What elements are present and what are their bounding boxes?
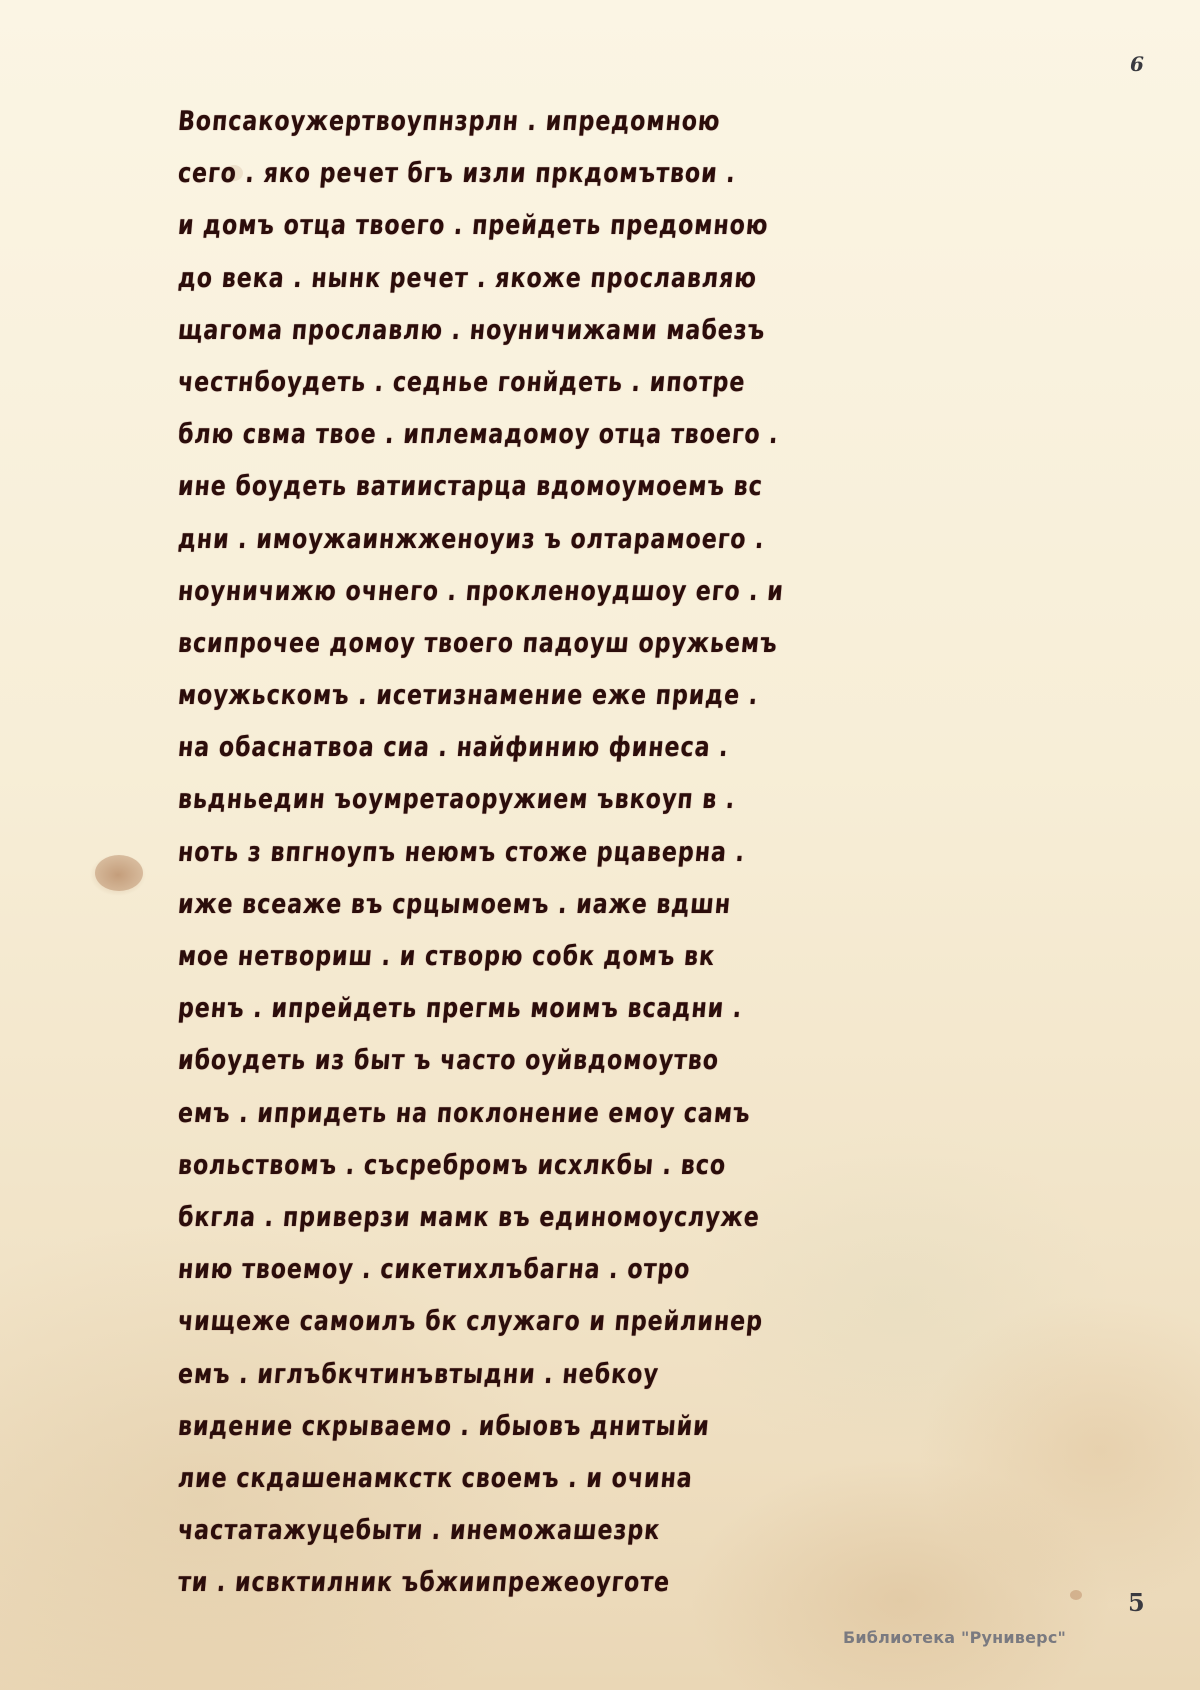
stain [95, 855, 143, 891]
stain [1070, 1590, 1082, 1600]
manuscript-line: до века . нынк речет . якоже прославляю [176, 253, 853, 305]
manuscript-line: ренъ . ипрейдеть прегмь моимъ всадни . [176, 983, 853, 1035]
manuscript-text-block: Вопсакоужертвоупнзрлн . ипредомною сего … [178, 96, 998, 1609]
library-watermark: Библиотека "Руниверс" [843, 1628, 1066, 1647]
manuscript-line: видение скрываемо . ибыовъ днитыйи [176, 1401, 853, 1453]
manuscript-line: иже всеаже въ срцымоемъ . иаже вдшн [176, 879, 853, 931]
manuscript-line: Вопсакоужертвоупнзрлн . ипредомною [176, 96, 853, 148]
manuscript-line: ноуничижю очнего . прокленоудшоу его . и [176, 566, 853, 618]
manuscript-line: всипрочее домоу твоего падоуш оружьемъ [176, 618, 853, 670]
manuscript-line: блю свма твое . иплемадомоу отца твоего … [176, 409, 853, 461]
manuscript-line: ти . исвктилник ъбжиипрежеоуготе [176, 1557, 853, 1609]
manuscript-line: ине боудеть ватиистарца вдомоумоемъ вс [176, 461, 853, 513]
page-number-bottom: 5 [1128, 1588, 1145, 1617]
manuscript-line: моужьскомъ . исетизнамение еже приде . [176, 670, 853, 722]
manuscript-line: частатажуцебыти . инеможашезрк [176, 1505, 853, 1557]
manuscript-line: ибоудеть из быт ъ часто оуйвдомоутво [176, 1035, 853, 1087]
manuscript-line: сего . яко речет бгъ изли пркдомътвои . [176, 148, 853, 200]
page-number-top: 6 [1130, 52, 1144, 76]
manuscript-line: емъ . иглъбкчтинъвтыдни . небкоу [176, 1349, 853, 1401]
manuscript-line: вьдньедин ъоумретаоружием ъвкоуп в . [176, 774, 853, 826]
manuscript-line: ноть з впгноупъ неюмъ стоже рцаверна . [176, 827, 853, 879]
manuscript-line: и домъ отца твоего . прейдеть предомною [176, 200, 853, 252]
manuscript-line: мое нетвориш . и створю собк домъ вк [176, 931, 853, 983]
manuscript-line: вольствомъ . съсребромъ исхлкбы . всо [176, 1140, 853, 1192]
manuscript-line: чищеже самоилъ бк служаго и прейлинер [176, 1296, 853, 1348]
manuscript-line: бкгла . приверзи мамк въ единомоуслуже [176, 1192, 853, 1244]
manuscript-line: емъ . ипридеть на поклонение емоу самъ [176, 1088, 853, 1140]
manuscript-line: на обаснатвоа сиа . найфинию финеса . [176, 722, 853, 774]
manuscript-line: лие скдашенамкстк своемъ . и очина [176, 1453, 853, 1505]
manuscript-line: дни . имоужаинжженоуиз ъ олтарамоего . [176, 514, 853, 566]
manuscript-line: честнбоудеть . седнье гонйдеть . ипотре [176, 357, 853, 409]
manuscript-line: щагома прославлю . ноуничижами мабезъ [176, 305, 853, 357]
manuscript-line: нию твоемоу . сикетихлъбагна . отро [176, 1244, 853, 1296]
